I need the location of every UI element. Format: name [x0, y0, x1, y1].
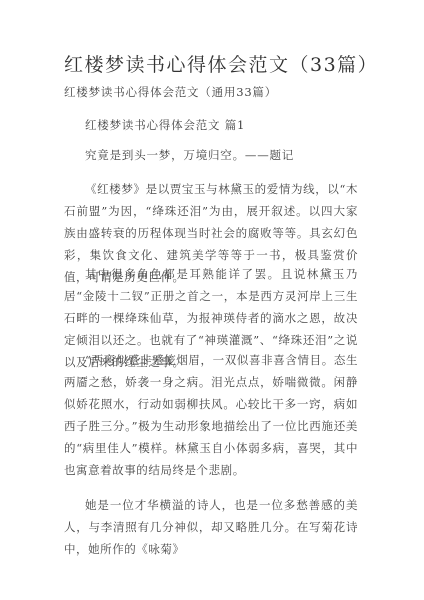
document-subtitle: 红楼梦读书心得体会范文（通用33篇）: [64, 84, 277, 100]
document-title: 红楼梦读书心得体会范文（33篇）: [64, 50, 378, 77]
document-page: 红楼梦读书心得体会范文（33篇） 红楼梦读书心得体会范文（通用33篇） 红楼梦读…: [0, 0, 424, 600]
section-heading: 红楼梦读书心得体会范文 篇1: [85, 117, 245, 133]
body-paragraph: 她是一位才华横溢的诗人，也是一位多愁善感的美人，与李清照有几分神似，却又略胜几分…: [64, 494, 358, 560]
body-paragraph: “两弯似蹙非蹙笼烟眉，一双似喜非喜含情目。态生两靥之愁，娇袭一身之病。泪光点点，…: [64, 349, 358, 481]
epigraph: 究竟是到头一梦，万境归空。——题记: [85, 147, 294, 163]
